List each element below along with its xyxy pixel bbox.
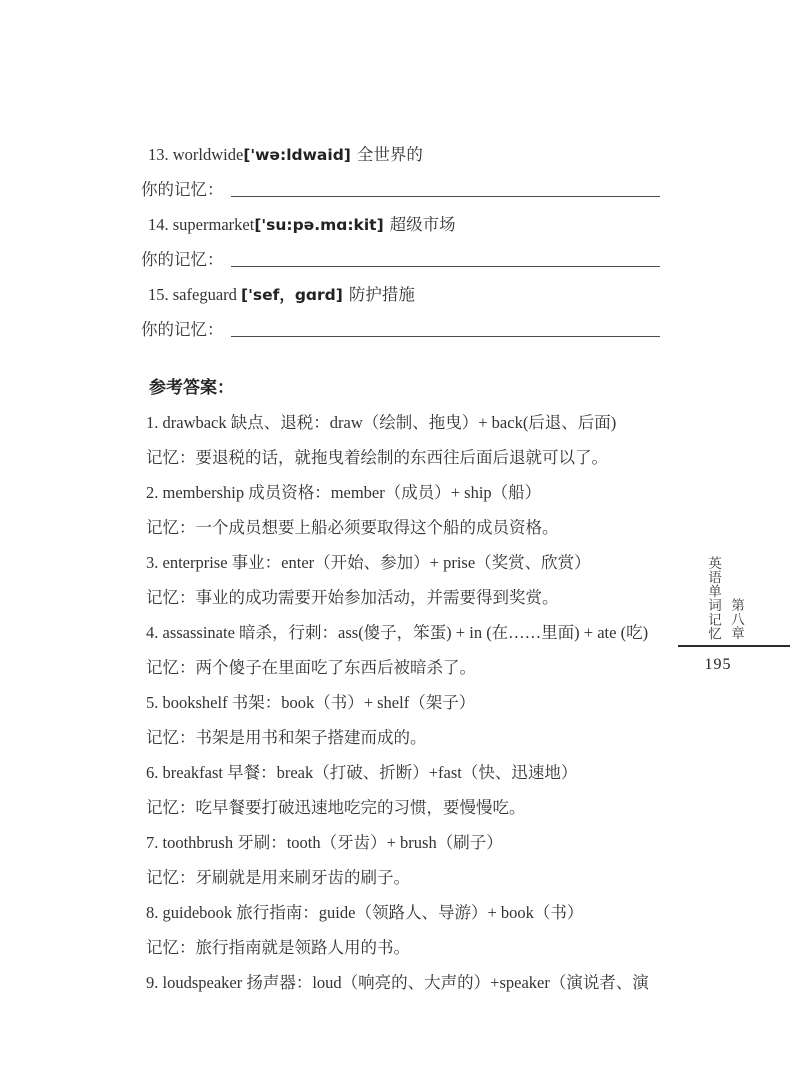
answer-line: 1. drawback 缺点、退税：draw（绘制、拖曳）+ back(后退、后… [141,405,675,440]
answer-line: 记忆：书架是用书和架子搭建而成的。 [141,720,675,755]
answer-line: 2. membership 成员资格：member（成员）+ ship（船） [141,475,675,510]
answer-line: 记忆：事业的成功需要开始参加活动，并需要得到奖赏。 [141,580,675,615]
recall-label: 你的记忆： [141,312,224,347]
answer-line: 4. assassinate 暗杀，行刺：ass(傻子，笨蛋) + in (在…… [141,615,675,650]
answer-line: 记忆：两个傻子在里面吃了东西后被暗杀了。 [141,650,675,685]
answer-line: 9. loudspeaker 扬声器：loud（响亮的、大声的）+speaker… [141,965,675,1000]
answer-line: 6. breakfast 早餐：break（打破、折断）+fast（快、迅速地） [141,755,675,790]
vocab-item-15: 15. safeguard ['sef，gɑrd]防护措施 [141,277,675,312]
answer-line: 记忆：要退税的话，就拖曳着绘制的东西往后面后退就可以了。 [141,440,675,475]
vocab-meaning: 全世界的 [357,145,423,164]
recall-underline [231,172,660,197]
recall-label: 你的记忆： [141,172,224,207]
recall-line: 你的记忆： [141,172,675,207]
vocab-meaning: 防护措施 [349,285,415,304]
vocab-word: 13. worldwide [148,145,243,164]
answer-line: 记忆：吃早餐要打破迅速地吃完的习惯，要慢慢吃。 [141,790,675,825]
recall-line: 你的记忆： [141,242,675,277]
answer-line: 记忆：一个成员想要上船必须要取得这个船的成员资格。 [141,510,675,545]
answer-line: 记忆：旅行指南就是领路人用的书。 [141,930,675,965]
recall-line: 你的记忆： [141,312,675,347]
answers-heading: 参考答案： [141,370,675,405]
vocab-item-13: 13. worldwide['wə:ldwaid]全世界的 [141,137,675,172]
vocab-word: 14. supermarket [148,215,254,234]
answer-line: 5. bookshelf 书架：book（书）+ shelf（架子） [141,685,675,720]
sidebar-book-title: 英语单词记忆 [703,556,723,641]
answer-line: 7. toothbrush 牙刷：tooth（牙齿）+ brush（刷子） [141,825,675,860]
book-page: 13. worldwide['wə:ldwaid]全世界的 你的记忆： 14. … [0,0,790,1090]
page-number: 195 [694,656,742,674]
vocab-phonetic: ['sef，gɑrd] [241,286,343,304]
vocab-meaning: 超级市场 [390,215,456,234]
answer-line: 记忆：牙刷就是用来刷牙齿的刷子。 [141,860,675,895]
recall-underline [231,242,660,267]
vocab-word: 15. safeguard [148,285,241,304]
vocab-item-14: 14. supermarket['su:pə.mɑ:kit]超级市场 [141,207,675,242]
vocab-phonetic: ['wə:ldwaid] [243,146,351,164]
recall-label: 你的记忆： [141,242,224,277]
vocab-phonetic: ['su:pə.mɑ:kit] [254,216,383,234]
sidebar-divider [678,645,790,647]
answer-line: 3. enterprise 事业：enter（开始、参加）+ prise（奖赏、… [141,545,675,580]
recall-underline [231,312,660,337]
answer-line: 8. guidebook 旅行指南：guide（领路人、导游）+ book（书） [141,895,675,930]
sidebar-chapter-label: 第八章 [726,598,746,640]
main-content: 13. worldwide['wə:ldwaid]全世界的 你的记忆： 14. … [141,137,675,1000]
